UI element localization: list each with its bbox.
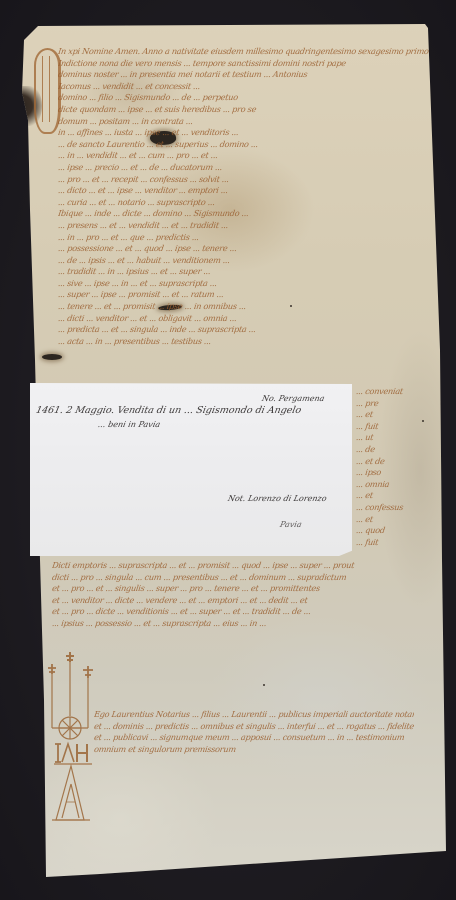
text-line: ... quod — [356, 525, 436, 537]
text-line: ... de sancto Laurentio ... et ... super… — [58, 139, 430, 151]
text-line: ... confessus — [356, 502, 436, 514]
text-line: ... predicta ... et ... singula ... inde… — [58, 324, 430, 336]
text-line: ... ut — [356, 432, 436, 444]
text-line: ... ipsius ... possessio ... et ... supr… — [52, 618, 432, 630]
slip-reference: No. Pergamena — [261, 394, 325, 403]
text-line: in ... affines ... iusta ... ipse ... et… — [58, 127, 430, 139]
notary-signum-icon — [40, 650, 100, 826]
text-line: ... et — [356, 490, 436, 502]
text-line: ... tradidit ... in ... ipsius ... et ..… — [58, 266, 430, 278]
text-line: ... in ... vendidit ... et ... cum ... p… — [58, 150, 430, 162]
slip-description-continued: ... beni in Pavia — [97, 420, 161, 429]
text-line: et ... venditor ... dicte ... vendere ..… — [52, 595, 432, 607]
right-margin-text: ... conveniat ... pre ... et ... fuit ..… — [356, 386, 436, 556]
text-line: ... curia ... et ... notario ... suprasc… — [58, 197, 430, 209]
text-line: Iacomus ... vendidit ... et concessit ..… — [58, 81, 430, 93]
slip-signature-mark: Pavia — [279, 520, 303, 529]
text-line: ... de — [356, 444, 436, 456]
text-line: ... fuit — [356, 421, 436, 433]
text-line: et ... pro ... et ... singulis ... super… — [52, 583, 432, 595]
text-line: ... dicti ... venditor ... et ... obliga… — [58, 313, 430, 325]
slip-description: 1461. 2 Maggio. Vendita di un ... Sigism… — [35, 405, 302, 416]
ink-spot — [290, 305, 292, 307]
text-line: Indictione nona die vero mensis ... temp… — [58, 58, 430, 70]
text-line: et ... dominis ... predictis ... omnibus… — [94, 721, 414, 733]
text-line: domum ... positam ... in contrata ... — [58, 116, 430, 128]
text-line: ... presens ... et ... vendidit ... et .… — [58, 220, 430, 232]
text-line: In xpi Nomine Amen. Anno a nativitate ei… — [58, 46, 430, 58]
text-line: ... et — [356, 409, 436, 421]
text-line: Ego Laurentius Notarius ... filius ... L… — [94, 709, 414, 721]
scan-background: In xpi Nomine Amen. Anno a nativitate ei… — [0, 0, 456, 900]
text-line: ... tenere ... et ... promisit ... ipse … — [58, 301, 430, 313]
decorated-initial — [34, 48, 61, 134]
text-line: ... ipse ... precio ... et ... de ... du… — [58, 162, 430, 174]
ink-spot — [263, 684, 265, 686]
text-line: et ... pro ... dicte ... venditionis ...… — [52, 606, 432, 618]
text-line: ... super ... ipse ... promisit ... et .… — [58, 289, 430, 301]
continuation-text-block: Dicti emptoris ... suprascripta ... et .… — [52, 560, 432, 632]
main-text-block: In xpi Nomine Amen. Anno a nativitate ei… — [58, 46, 430, 386]
text-line: ... in ... pro ... et ... que ... predic… — [58, 232, 430, 244]
text-line: ... omnia — [356, 479, 436, 491]
text-line: Ibique ... inde ... dicte ... domino ...… — [58, 208, 430, 220]
slip-notary-name: Not. Lorenzo di Lorenzo — [227, 494, 328, 503]
text-line: ... de ... ipsis ... et ... habuit ... v… — [58, 255, 430, 267]
text-line: ... ipso — [356, 467, 436, 479]
text-line: domino ... filio ... Sigismundo ... de .… — [58, 92, 430, 104]
text-line: dicti ... pro ... singula ... cum ... pr… — [52, 572, 432, 584]
text-line: ... et de — [356, 456, 436, 468]
text-line: ... fuit — [356, 537, 436, 549]
text-line: ... pro ... et ... recepit ... confessus… — [58, 174, 430, 186]
text-line: ... pre — [356, 398, 436, 410]
text-line: dominus noster ... in presentia mei nota… — [58, 69, 430, 81]
text-line: omnium et singulorum premissorum — [94, 744, 414, 756]
text-line: ... sive ... ipse ... in ... et ... supr… — [58, 278, 430, 290]
text-line: dicte quondam ... ipse ... et suis hered… — [58, 104, 430, 116]
notary-subscription: Ego Laurentius Notarius ... filius ... L… — [94, 709, 414, 769]
text-line: Dicti emptoris ... suprascripta ... et .… — [52, 560, 432, 572]
text-line: ... dicto ... et ... ipse ... venditor .… — [58, 185, 430, 197]
text-line: et ... publicavi ... signumque meum ... … — [94, 732, 414, 744]
text-line: ... conveniat — [356, 386, 436, 398]
archival-label-slip: No. Pergamena 1461. 2 Maggio. Vendita di… — [30, 383, 352, 556]
text-line: ... et — [356, 514, 436, 526]
ink-spot — [422, 420, 424, 422]
text-line: ... acta ... in ... presentibus ... test… — [58, 336, 430, 348]
text-line: ... possessione ... et ... quod ... ipse… — [58, 243, 430, 255]
